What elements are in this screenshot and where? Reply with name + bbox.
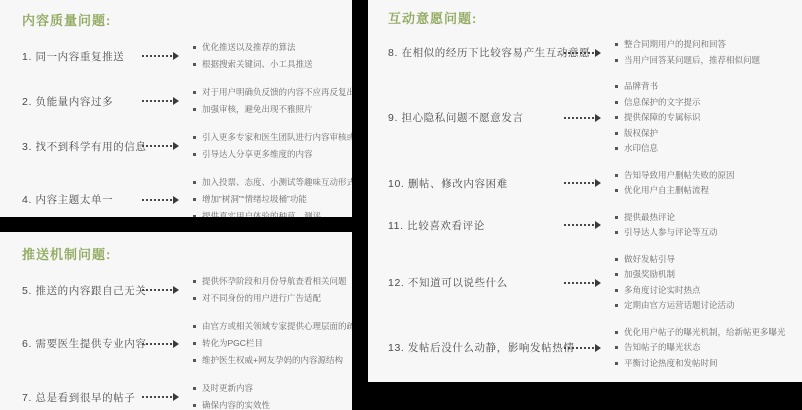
solution-item: 告知帖子的曝光状态: [615, 340, 786, 356]
problem-row: 3. 找不到科学有用的信息引入更多专家和医生团队进行内容审核或发布引导达人分享更…: [22, 129, 352, 163]
solution-list: 做好发帖引导加强奖励机制多角度讨论实时热点定期由官方运营话题讨论活动: [615, 252, 735, 314]
diagram-canvas: 内容质量问题:1. 同一内容重复推送优化推送以及推荐的算法根据搜索关键词、小工具…: [0, 0, 802, 410]
problem-row: 4. 内容主题太单一加入投票、态度、小测试等趣味互动形式增加“树洞”“情绪垃圾桶…: [22, 174, 352, 217]
arrow-dashes: [142, 199, 172, 201]
arrow-dashes: [564, 52, 594, 54]
dashed-arrow: [142, 52, 179, 60]
problem-text: 6. 需要医生提供专业内容: [22, 336, 142, 351]
solution-item: 水印信息: [615, 141, 701, 157]
solution-item: 引导达人分享更多维度的内容: [193, 146, 352, 163]
solution-item: 对于用户明确负反馈的内容不应再反复出现: [193, 84, 352, 101]
arrow-dashes: [142, 343, 172, 345]
solution-item: 根据搜索关键词、小工具推送: [193, 56, 313, 73]
solution-item: 告知导致用户删帖失败的原因: [615, 168, 735, 184]
arrow-dashes: [564, 224, 594, 226]
dashed-arrow: [564, 221, 601, 229]
solution-item: 由官方或相关领域专家提供心理层面的疏导和建议: [193, 318, 352, 335]
solution-item: 信息保护的文字提示: [615, 95, 701, 111]
solution-item: 提供真实用户体验的种草、测评: [193, 208, 352, 217]
solution-item: 品牌背书: [615, 79, 701, 95]
solution-list: 提供最热评论引导达人参与评论等互动: [615, 210, 718, 241]
solution-list: 优化推送以及推荐的算法根据搜索关键词、小工具推送: [193, 39, 313, 73]
dashed-arrow: [142, 196, 179, 204]
problem-text: 4. 内容主题太单一: [22, 192, 142, 207]
panel-title: 互动意愿问题:: [388, 8, 802, 27]
problem-text: 12. 不知道可以说些什么: [388, 275, 564, 290]
solution-list: 对于用户明确负反馈的内容不应再反复出现加强审核，避免出现不雅照片: [193, 84, 352, 118]
arrow-dashes: [564, 117, 594, 119]
solution-list: 及时更新内容确保内容的实效性: [193, 380, 270, 410]
problem-row: 8. 在相似的经历下比较容易产生互动意愿整合同期用户的提问和回答当用户回答某问题…: [388, 37, 802, 68]
solution-list: 整合同期用户的提问和回答当用户回答某问题后，推荐相似问题: [615, 37, 760, 68]
solution-item: 加强奖励机制: [615, 267, 735, 283]
solution-item: 对不同身份的用户进行广告适配: [193, 290, 347, 307]
dashed-arrow: [564, 179, 601, 187]
solution-item: 维护医生权威+网友孕妈的内容源结构: [193, 352, 352, 369]
arrow-dashes: [142, 55, 172, 57]
solution-list: 提供怀孕阶段和月份导航查看相关问题对不同身份的用户进行广告适配: [193, 273, 347, 307]
panel-title: 内容质量问题:: [22, 10, 352, 29]
solution-list: 品牌背书信息保护的文字提示提供保障的专属标识版权保护水印信息: [615, 79, 701, 157]
solution-item: 提供怀孕阶段和月份导航查看相关问题: [193, 273, 347, 290]
solution-item: 平衡讨论热度和发帖时间: [615, 356, 786, 372]
panel-content-quality: 内容质量问题:1. 同一内容重复推送优化推送以及推荐的算法根据搜索关键词、小工具…: [0, 0, 352, 217]
solution-list: 由官方或相关领域专家提供心理层面的疏导和建议转化为PGC栏目维护医生权威+网友孕…: [193, 318, 352, 369]
panel-title: 推送机制问题:: [22, 244, 352, 263]
solution-item: 多角度讨论实时热点: [615, 283, 735, 299]
problem-row: 2. 负能量内容过多对于用户明确负反馈的内容不应再反复出现加强审核，避免出现不雅…: [22, 84, 352, 118]
problem-text: 13. 发帖后没什么动静，影响发帖热情: [388, 340, 564, 355]
problem-row: 11. 比较喜欢看评论提供最热评论引导达人参与评论等互动: [388, 210, 802, 241]
problem-text: 11. 比较喜欢看评论: [388, 218, 564, 233]
arrow-dashes: [142, 289, 172, 291]
panel-interaction-willingness: 互动意愿问题:8. 在相似的经历下比较容易产生互动意愿整合同期用户的提问和回答当…: [368, 0, 802, 382]
arrow-dashes: [142, 396, 172, 398]
solution-item: 优化用户自主删帖流程: [615, 183, 735, 199]
problem-text: 1. 同一内容重复推送: [22, 49, 142, 64]
dashed-arrow: [564, 114, 601, 122]
arrow-head-icon: [595, 344, 601, 352]
dashed-arrow: [142, 97, 179, 105]
problem-text: 2. 负能量内容过多: [22, 94, 142, 109]
problem-row: 6. 需要医生提供专业内容由官方或相关领域专家提供心理层面的疏导和建议转化为PG…: [22, 318, 352, 369]
solution-item: 当用户回答某问题后，推荐相似问题: [615, 53, 760, 69]
dashed-arrow: [564, 279, 601, 287]
arrow-dashes: [564, 347, 594, 349]
arrow-head-icon: [173, 52, 179, 60]
solution-item: 加强审核，避免出现不雅照片: [193, 101, 352, 118]
solution-item: 定期由官方运营话题讨论活动: [615, 298, 735, 314]
arrow-head-icon: [173, 340, 179, 348]
problem-row: 12. 不知道可以说些什么做好发帖引导加强奖励机制多角度讨论实时热点定期由官方运…: [388, 252, 802, 314]
arrow-head-icon: [173, 286, 179, 294]
arrow-head-icon: [173, 196, 179, 204]
problem-row: 13. 发帖后没什么动静，影响发帖热情优化用户帖子的曝光机制，给新帖更多曝光告知…: [388, 325, 802, 372]
arrow-head-icon: [595, 114, 601, 122]
arrow-dashes: [142, 100, 172, 102]
solution-item: 加入投票、态度、小测试等趣味互动形式: [193, 174, 352, 191]
solution-item: 提供保障的专属标识: [615, 110, 701, 126]
problem-row: 10. 删帖、修改内容困难告知导致用户删帖失败的原因优化用户自主删帖流程: [388, 168, 802, 199]
problem-text: 5. 推送的内容跟自己无关: [22, 283, 142, 298]
problem-text: 10. 删帖、修改内容困难: [388, 176, 564, 191]
arrow-dashes: [564, 282, 594, 284]
problem-text: 9. 担心隐私问题不愿意发言: [388, 110, 564, 125]
dashed-arrow: [142, 393, 179, 401]
arrow-dashes: [564, 182, 594, 184]
arrow-head-icon: [595, 179, 601, 187]
solution-item: 整合同期用户的提问和回答: [615, 37, 760, 53]
solution-item: 优化用户帖子的曝光机制，给新帖更多曝光: [615, 325, 786, 341]
problem-row: 7. 总是看到很早的帖子及时更新内容确保内容的实效性: [22, 380, 352, 410]
arrow-dashes: [142, 145, 172, 147]
solution-item: 做好发帖引导: [615, 252, 735, 268]
problem-text: 7. 总是看到很早的帖子: [22, 390, 142, 405]
problem-text: 8. 在相似的经历下比较容易产生互动意愿: [388, 45, 564, 60]
arrow-head-icon: [173, 142, 179, 150]
solution-item: 及时更新内容: [193, 380, 270, 397]
solution-list: 告知导致用户删帖失败的原因优化用户自主删帖流程: [615, 168, 735, 199]
solution-list: 优化用户帖子的曝光机制，给新帖更多曝光告知帖子的曝光状态平衡讨论热度和发帖时间: [615, 325, 786, 372]
solution-list: 加入投票、态度、小测试等趣味互动形式增加“树洞”“情绪垃圾桶”功能提供真实用户体…: [193, 174, 352, 217]
solution-item: 确保内容的实效性: [193, 397, 270, 410]
arrow-head-icon: [595, 279, 601, 287]
dashed-arrow: [142, 142, 179, 150]
solution-item: 引导达人参与评论等互动: [615, 225, 718, 241]
solution-item: 版权保护: [615, 126, 701, 142]
panel-push-mechanism: 推送机制问题:5. 推送的内容跟自己无关提供怀孕阶段和月份导航查看相关问题对不同…: [0, 232, 352, 410]
problem-text: 3. 找不到科学有用的信息: [22, 139, 142, 154]
dashed-arrow: [564, 344, 601, 352]
solution-item: 增加“树洞”“情绪垃圾桶”功能: [193, 191, 352, 208]
arrow-head-icon: [173, 97, 179, 105]
solution-item: 优化推送以及推荐的算法: [193, 39, 313, 56]
dashed-arrow: [142, 340, 179, 348]
arrow-head-icon: [595, 49, 601, 57]
arrow-head-icon: [595, 221, 601, 229]
solution-item: 引入更多专家和医生团队进行内容审核或发布: [193, 129, 352, 146]
problem-row: 9. 担心隐私问题不愿意发言品牌背书信息保护的文字提示提供保障的专属标识版权保护…: [388, 79, 802, 157]
solution-item: 提供最热评论: [615, 210, 718, 226]
solution-item: 转化为PGC栏目: [193, 335, 352, 352]
dashed-arrow: [564, 49, 601, 57]
arrow-head-icon: [173, 393, 179, 401]
problem-row: 5. 推送的内容跟自己无关提供怀孕阶段和月份导航查看相关问题对不同身份的用户进行…: [22, 273, 352, 307]
dashed-arrow: [142, 286, 179, 294]
problem-row: 1. 同一内容重复推送优化推送以及推荐的算法根据搜索关键词、小工具推送: [22, 39, 352, 73]
solution-list: 引入更多专家和医生团队进行内容审核或发布引导达人分享更多维度的内容: [193, 129, 352, 163]
